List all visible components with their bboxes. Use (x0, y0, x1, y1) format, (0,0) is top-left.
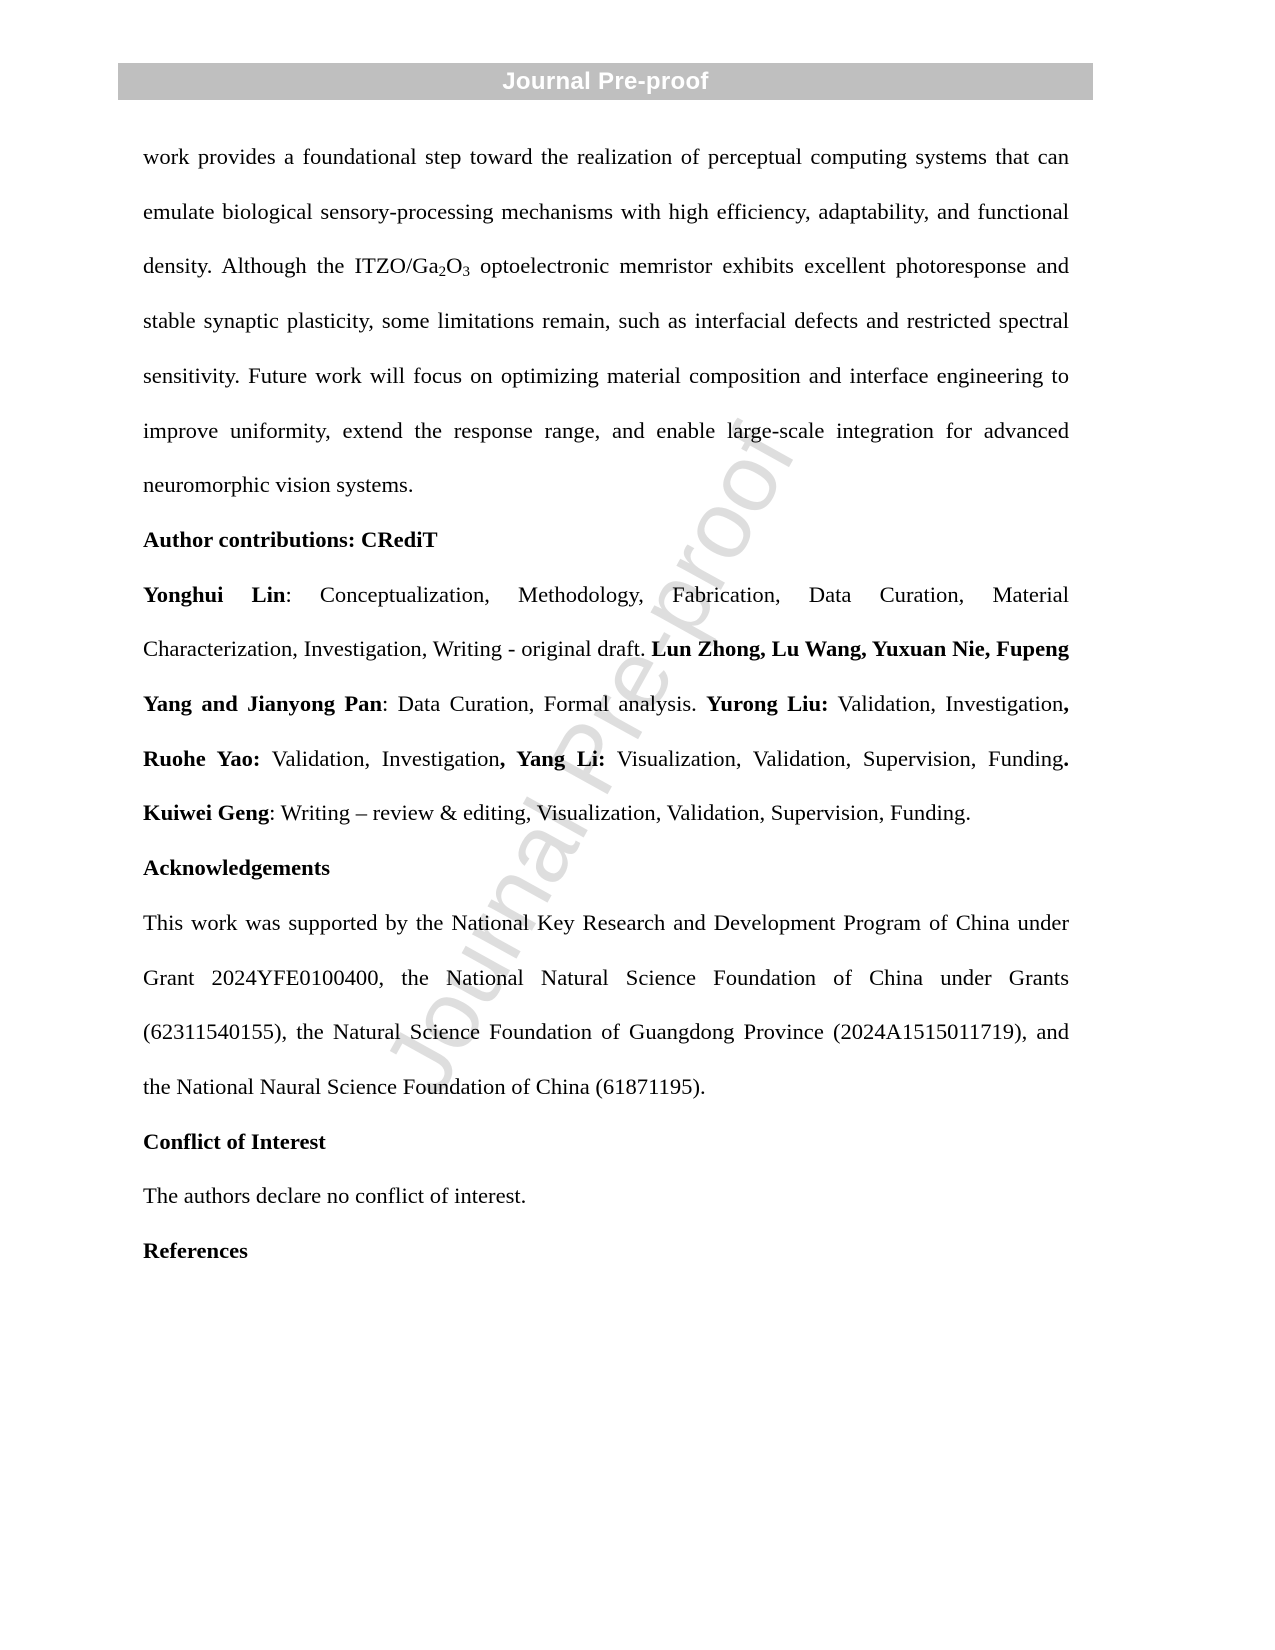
acknowledgements-heading: Acknowledgements (143, 841, 1069, 896)
author-name: Yurong Liu: (706, 691, 828, 716)
author-roles: : Data Curation, Formal analysis. (382, 691, 706, 716)
intro-paragraph: work provides a foundational step toward… (143, 130, 1069, 513)
page-content: work provides a foundational step toward… (143, 130, 1069, 1279)
conflict-heading: Conflict of Interest (143, 1115, 1069, 1170)
contributions-heading: Author contributions: CRediT (143, 513, 1069, 568)
author-roles: Validation, Investigation (829, 691, 1064, 716)
author-roles: Visualization, Validation, Supervision, … (606, 746, 1064, 771)
contributions-paragraph: Yonghui Lin: Conceptualization, Methodol… (143, 568, 1069, 842)
conflict-paragraph: The authors declare no conflict of inter… (143, 1169, 1069, 1224)
journal-preproof-banner: Journal Pre-proof (118, 63, 1093, 100)
acknowledgements-paragraph: This work was supported by the National … (143, 896, 1069, 1115)
author-roles: : Writing – review & editing, Visualizat… (269, 800, 971, 825)
author-name: , Yang Li: (500, 746, 606, 771)
author-roles: Validation, Investigation (260, 746, 499, 771)
references-heading: References (143, 1224, 1069, 1279)
author-name: Yonghui Lin (143, 582, 285, 607)
